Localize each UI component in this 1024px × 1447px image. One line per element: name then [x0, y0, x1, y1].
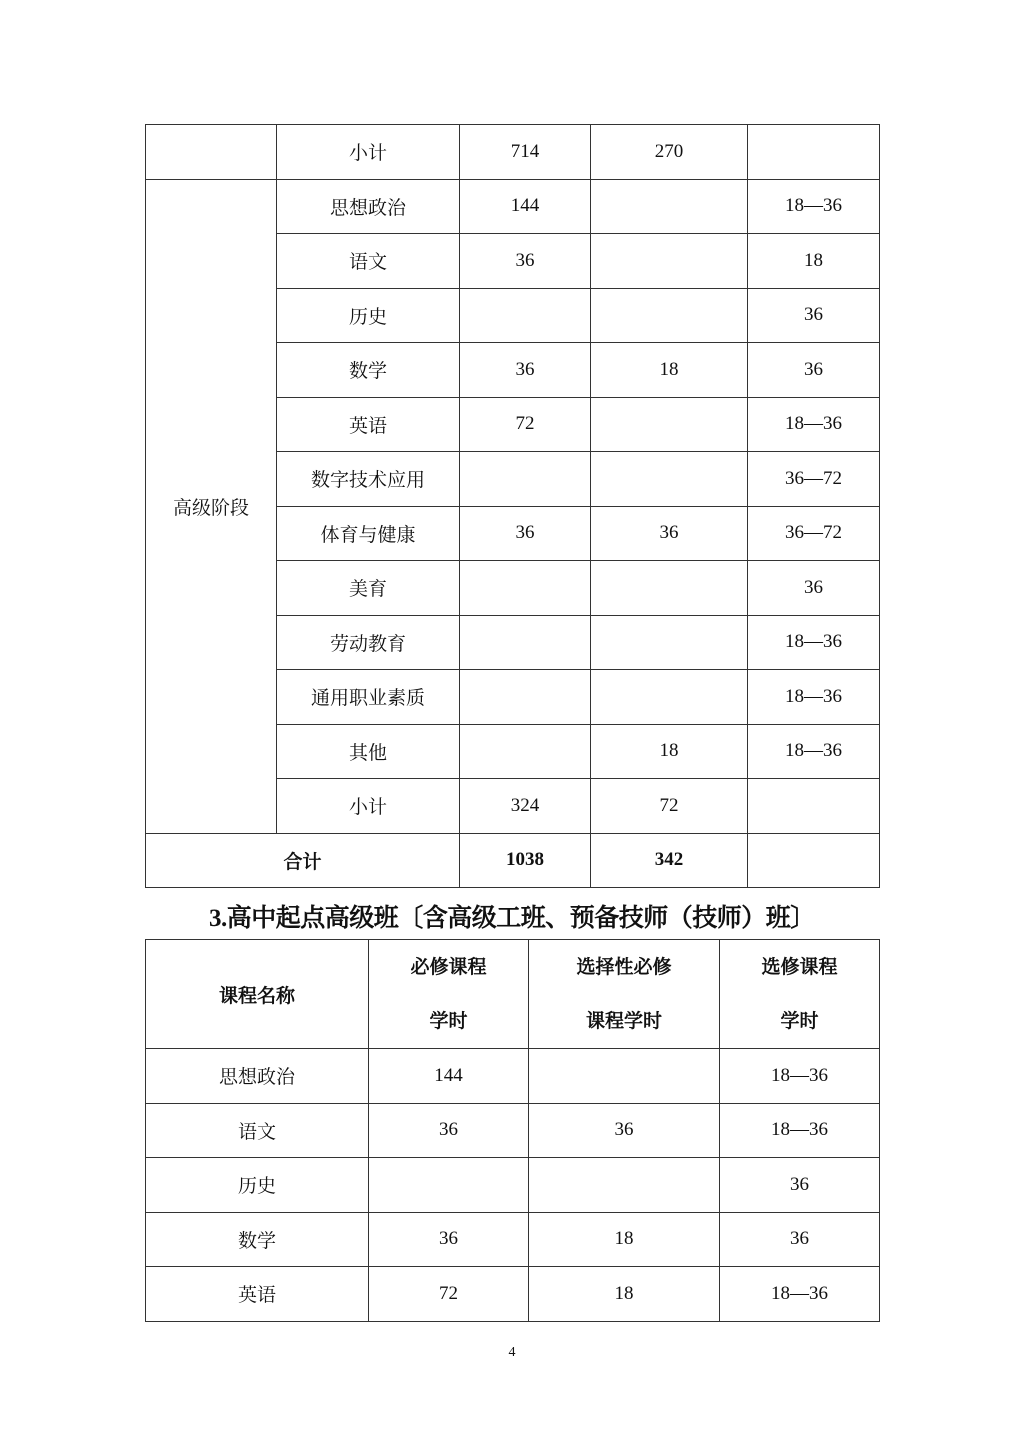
elective-hours: 18—36	[720, 1049, 880, 1104]
required-hours: 714	[460, 125, 591, 180]
elective-required-hours: 72	[591, 779, 748, 834]
elective-hours: 36	[720, 1212, 880, 1267]
table-row: 英语 72 18 18—36	[146, 1267, 880, 1322]
course-name: 小计	[277, 779, 460, 834]
elective-hours: 18—36	[720, 1267, 880, 1322]
required-hours: 36	[369, 1103, 529, 1158]
elective-required-hours: 36	[591, 506, 748, 561]
header-line: 选修课程	[720, 940, 879, 994]
required-hours	[460, 452, 591, 507]
table-row: 数学 36 18 36	[146, 1212, 880, 1267]
elective-required-hours	[591, 179, 748, 234]
elective-hours: 18—36	[748, 615, 880, 670]
header-course-name: 课程名称	[146, 940, 369, 1049]
section-number: 3.	[209, 905, 227, 932]
total-label: 合计	[146, 833, 460, 888]
elective-required-hours	[591, 561, 748, 616]
elective-hours: 18—36	[748, 670, 880, 725]
table-row: 语文 36 36 18—36	[146, 1103, 880, 1158]
header-row: 课程名称 必修课程 学时 选择性必修 课程学时 选修课程 学时	[146, 940, 880, 1049]
required-hours	[369, 1158, 529, 1213]
elective-hours: 18—36	[748, 724, 880, 779]
elective-hours: 18—36	[748, 179, 880, 234]
required-hours: 36	[460, 343, 591, 398]
elective-required-hours	[591, 288, 748, 343]
elective-hours: 36—72	[748, 506, 880, 561]
course-name: 小计	[277, 125, 460, 180]
elective-required-hours	[591, 670, 748, 725]
course-name: 劳动教育	[277, 615, 460, 670]
elective-hours	[748, 779, 880, 834]
elective-required-hours	[591, 397, 748, 452]
elective-hours: 18	[748, 234, 880, 289]
course-name: 通用职业素质	[277, 670, 460, 725]
course-name: 英语	[277, 397, 460, 452]
required-hours	[460, 561, 591, 616]
required-hours: 144	[369, 1049, 529, 1104]
elective-hours: 36	[748, 288, 880, 343]
table-row: 小计 714 270	[146, 125, 880, 180]
section-heading: 3.高中起点高级班〔含高级工班、预备技师（技师）班〕	[209, 898, 815, 934]
required-hours: 36	[460, 234, 591, 289]
elective-hours	[748, 125, 880, 180]
course-name: 美育	[277, 561, 460, 616]
elective-required-hours: 18	[529, 1212, 720, 1267]
course-name: 数字技术应用	[277, 452, 460, 507]
total-elective-required-hours: 342	[591, 833, 748, 888]
table-row: 思想政治 144 18—36	[146, 1049, 880, 1104]
curriculum-hours-table-intermediate: 小计 714 270 高级阶段 思想政治 144 18—36 语文 36 18 …	[145, 124, 880, 888]
total-row: 合计 1038 342	[146, 833, 880, 888]
table-row: 高级阶段 思想政治 144 18—36	[146, 179, 880, 234]
required-hours: 72	[369, 1267, 529, 1322]
elective-required-hours: 36	[529, 1103, 720, 1158]
header-line: 选择性必修	[529, 940, 719, 994]
elective-required-hours	[529, 1049, 720, 1104]
required-hours	[460, 724, 591, 779]
elective-hours: 36	[748, 561, 880, 616]
header-elective-required-hours: 选择性必修 课程学时	[529, 940, 720, 1049]
curriculum-hours-table-high-school-start: 课程名称 必修课程 学时 选择性必修 课程学时 选修课程 学时 思想政治 144…	[145, 939, 880, 1322]
course-name: 思想政治	[277, 179, 460, 234]
table-row: 历史 36	[146, 1158, 880, 1213]
elective-required-hours: 18	[591, 724, 748, 779]
course-name: 历史	[146, 1158, 369, 1213]
course-name: 其他	[277, 724, 460, 779]
elective-required-hours	[591, 615, 748, 670]
elective-hours: 36	[748, 343, 880, 398]
group-cell-empty	[146, 125, 277, 180]
elective-required-hours: 270	[591, 125, 748, 180]
course-name: 体育与健康	[277, 506, 460, 561]
course-name: 历史	[277, 288, 460, 343]
course-name: 数学	[277, 343, 460, 398]
header-required-hours: 必修课程 学时	[369, 940, 529, 1049]
elective-required-hours: 18	[529, 1267, 720, 1322]
elective-required-hours	[591, 234, 748, 289]
elective-required-hours	[529, 1158, 720, 1213]
elective-required-hours: 18	[591, 343, 748, 398]
header-line: 课程学时	[529, 994, 719, 1048]
course-name: 数学	[146, 1212, 369, 1267]
elective-hours: 18—36	[748, 397, 880, 452]
elective-hours: 36	[720, 1158, 880, 1213]
required-hours: 144	[460, 179, 591, 234]
required-hours	[460, 288, 591, 343]
course-name: 语文	[146, 1103, 369, 1158]
total-elective-hours	[748, 833, 880, 888]
required-hours: 324	[460, 779, 591, 834]
course-name: 思想政治	[146, 1049, 369, 1104]
stage-label: 高级阶段	[146, 179, 277, 833]
course-name: 语文	[277, 234, 460, 289]
header-line: 必修课程	[369, 940, 528, 994]
required-hours: 36	[369, 1212, 529, 1267]
header-line: 学时	[720, 994, 879, 1048]
elective-hours: 18—36	[720, 1103, 880, 1158]
page-number: 4	[0, 1345, 1024, 1361]
course-name: 英语	[146, 1267, 369, 1322]
elective-required-hours	[591, 452, 748, 507]
header-elective-hours: 选修课程 学时	[720, 940, 880, 1049]
required-hours	[460, 670, 591, 725]
total-required-hours: 1038	[460, 833, 591, 888]
required-hours	[460, 615, 591, 670]
required-hours: 72	[460, 397, 591, 452]
section-title-text: 高中起点高级班〔含高级工班、预备技师（技师）班〕	[227, 903, 815, 932]
header-line: 学时	[369, 994, 528, 1048]
required-hours: 36	[460, 506, 591, 561]
elective-hours: 36—72	[748, 452, 880, 507]
